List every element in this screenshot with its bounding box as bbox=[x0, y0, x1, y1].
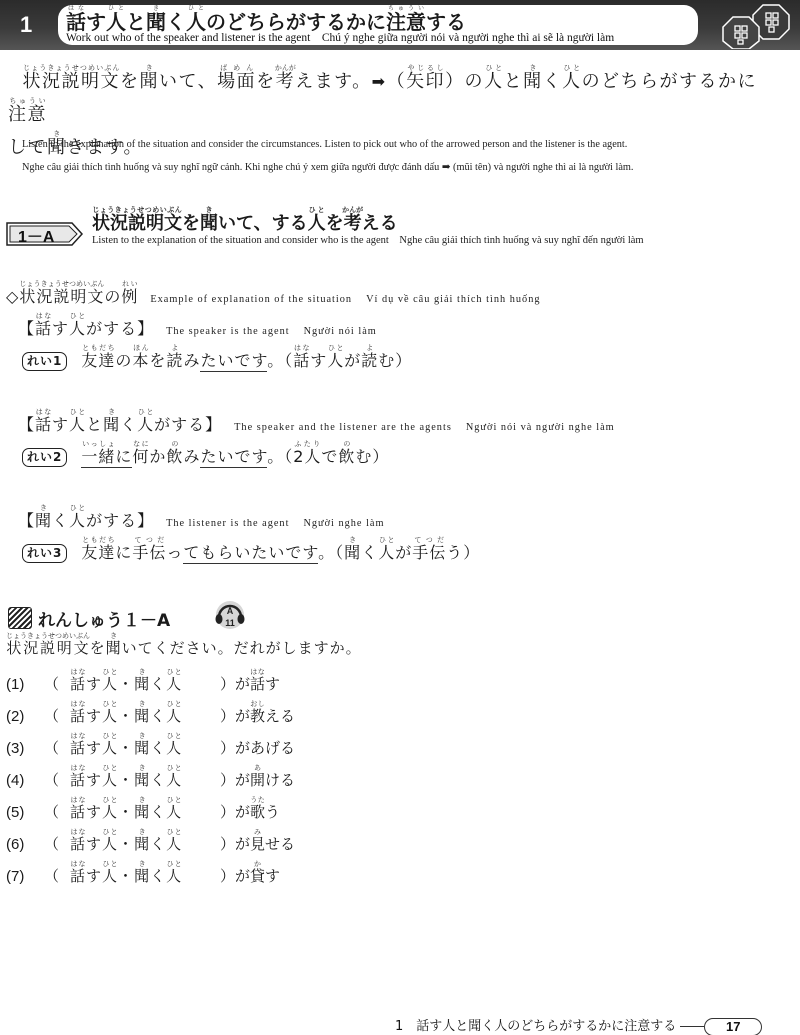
question-1: (1)（話はなす人ひと・聞きく人ひと）が話はなす bbox=[6, 668, 280, 694]
question-2: (2)（話はなす人ひと・聞きく人ひと）が教おしえる bbox=[6, 700, 295, 726]
example-badge: れい3 bbox=[22, 544, 67, 563]
audio-track-icon[interactable]: A 11 bbox=[212, 600, 248, 630]
example-1-label: 【話はなす人ひとがする】The speaker is the agentNgườ… bbox=[18, 312, 377, 339]
example-badge: れい2 bbox=[22, 448, 67, 467]
section-tag-badge bbox=[6, 222, 84, 246]
page-number: 17 bbox=[704, 1018, 762, 1035]
answer-choice[interactable]: 話はなす人ひと・聞きく人ひと bbox=[70, 668, 220, 694]
practice-title: れんしゅう１－A bbox=[8, 606, 170, 631]
practice-hatch-icon bbox=[8, 607, 32, 629]
question-5: (5)（話はなす人ひと・聞きく人ひと）が歌うたう bbox=[6, 796, 280, 822]
question-4: (4)（話はなす人ひと・聞きく人ひと）が開あける bbox=[6, 764, 295, 790]
practice-instruction: 状況説明文じょうきょうせつめいぶんを聞きいてください。だれがしますか。 bbox=[6, 632, 362, 658]
knot-octagon-icon bbox=[715, 3, 795, 49]
section-title: 状況説明文じょうきょうせつめいぶんを聞きいて、する人ひとを考かんがえる bbox=[92, 206, 398, 235]
arrow-icon: ➡ bbox=[372, 72, 387, 91]
examples-heading: ◇状況説明文じょうきょうせつめいぶんの例れいExample of explana… bbox=[6, 280, 541, 307]
svg-text:11: 11 bbox=[225, 618, 235, 628]
question-7: (7)（話はなす人ひと・聞きく人ひと）が貸かす bbox=[6, 860, 280, 886]
footer-rule bbox=[680, 1026, 704, 1027]
svg-text:A: A bbox=[227, 606, 234, 616]
chapter-number: 1 bbox=[20, 12, 42, 38]
intro-vietnamese: Nghe câu giải thích tình huống và suy ng… bbox=[22, 161, 634, 173]
answer-choice[interactable]: 話はなす人ひと・聞きく人ひと bbox=[70, 860, 220, 886]
example-badge: れい1 bbox=[22, 352, 67, 371]
question-6: (6)（話はなす人ひと・聞きく人ひと）が見みせる bbox=[6, 828, 295, 854]
answer-choice[interactable]: 話はなす人ひと・聞きく人ひと bbox=[70, 828, 220, 854]
example-3-label: 【聞きく人ひとがする】The listener is the agentNgườ… bbox=[18, 504, 385, 531]
question-3: (3)（話はなす人ひと・聞きく人ひと）があげる bbox=[6, 732, 295, 758]
page-footer: 1 話す人と聞く人のどちらがするかに注意する17 bbox=[395, 1015, 762, 1035]
answer-choice[interactable]: 話はなす人ひと・聞きく人ひと bbox=[70, 732, 220, 758]
chapter-title-box: 話はなす人ひとと聞きく人ひとのどちらがするかに注意ちゅういする Work out… bbox=[58, 5, 698, 45]
example-2-sentence: れい2一緒いっしょに何なにか飲のみたいです。（2人ふたりで飲のむ） bbox=[22, 440, 389, 467]
answer-choice[interactable]: 話はなす人ひと・聞きく人ひと bbox=[70, 796, 220, 822]
chapter-subtitle: Work out who of the speaker and listener… bbox=[66, 32, 614, 44]
answer-choice[interactable]: 話はなす人ひと・聞きく人ひと bbox=[70, 764, 220, 790]
example-2-label: 【話はなす人ひとと聞きく人ひとがする】The speaker and the l… bbox=[18, 408, 615, 435]
example-3-sentence: れい3友達ともだちに手伝てつだってもらいたいです。（聞きく人ひとが手伝てつだう） bbox=[22, 536, 480, 563]
example-1-sentence: れい1友達ともだちの本ほんを読よみたいです。（話はなす人ひとが読よむ） bbox=[22, 344, 412, 371]
intro-english: Listen to the explanation of the situati… bbox=[22, 139, 627, 150]
chapter-header: 1 話はなす人ひとと聞きく人ひとのどちらがするかに注意ちゅういする Work o… bbox=[0, 0, 800, 50]
answer-choice[interactable]: 話はなす人ひと・聞きく人ひと bbox=[70, 700, 220, 726]
chapter-title-jp: 話はなす人ひとと聞きく人ひとのどちらがするかに注意ちゅういする bbox=[66, 5, 466, 35]
footer-chapter: 1 話す人と聞く人のどちらがするかに注意する bbox=[395, 1019, 676, 1034]
section-subtitle: Listen to the explanation of the situati… bbox=[92, 235, 644, 246]
